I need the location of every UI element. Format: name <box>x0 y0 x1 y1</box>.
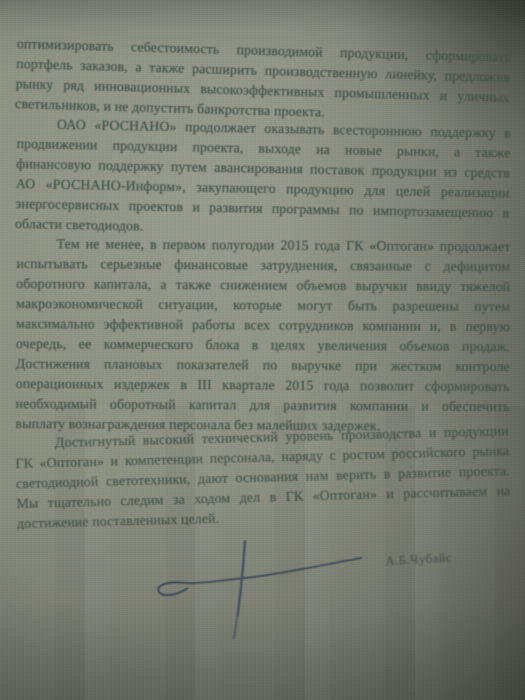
paragraph: ОАО «РОСНАНО» продолжает оказывать всест… <box>15 114 511 243</box>
paragraph: Тем не менее, в первом полугодии 2015 го… <box>15 234 510 437</box>
paragraph: Достигнутый высокий технический уровень … <box>15 421 511 534</box>
paragraph: оптимизировать себестоимость производимо… <box>15 34 511 128</box>
photographed-letter-page: оптимизировать себестоимость производимо… <box>0 0 525 700</box>
letter-body: оптимизировать себестоимость производимо… <box>16 34 510 534</box>
signatory-name: А.Б.Чубайс <box>385 548 496 569</box>
signature-block: А.Б.Чубайс <box>0 530 525 651</box>
signature-mark <box>139 533 381 643</box>
